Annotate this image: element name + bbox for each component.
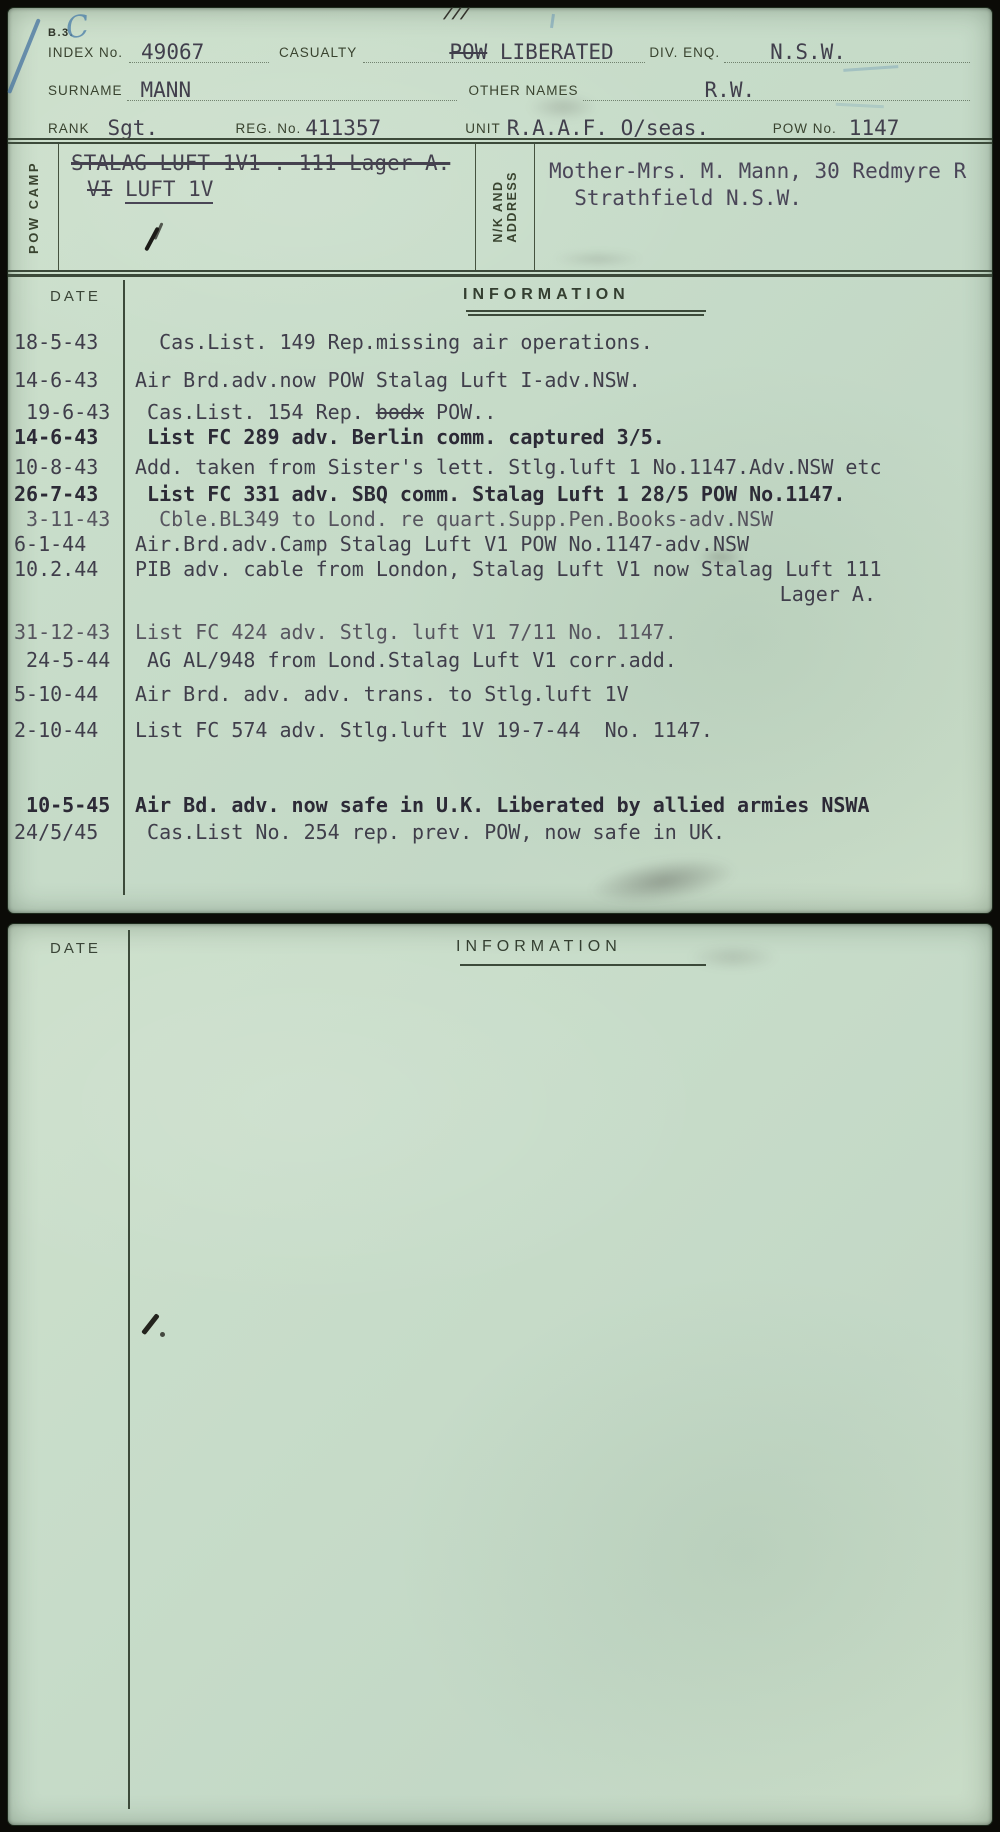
row-text: List FC 424 adv. Stlg. luft V1 7/11 No. …	[127, 620, 982, 645]
reg-no-value: 411357	[305, 116, 381, 140]
row-text: Air Bd. adv. now safe in U.K. Liberated …	[127, 793, 982, 818]
rule	[8, 138, 992, 140]
rule	[8, 274, 992, 277]
row-text: Cas.List No. 254 rep. prev. POW, now saf…	[127, 820, 982, 845]
rank-label: RANK	[48, 121, 90, 139]
row-text: AG AL/948 from Lond.Stalag Luft V1 corr.…	[127, 648, 982, 673]
column-divider	[128, 930, 130, 1809]
row-date	[8, 582, 127, 607]
nk-address-value: Mother-Mrs. M. Mann, 30 Redmyre R Strath…	[535, 144, 992, 270]
reg-no-label: REG. No.	[236, 121, 302, 139]
div-enq-field: N.S.W.	[724, 38, 970, 63]
unit-field: R.A.A.F. O/seas.	[503, 114, 765, 139]
row-text: List FC 289 adv. Berlin comm. captured 3…	[127, 425, 982, 450]
camp-entry-current: VI LUFT 1V	[71, 176, 475, 202]
row-date: 3-11-43	[8, 507, 127, 532]
blue-pen-slash-mark	[7, 18, 40, 93]
row-text: Air Brd.adv.now POW Stalag Luft I-adv.NS…	[127, 368, 982, 393]
table-row: 18-5-43 Cas.List. 149 Rep.missing air op…	[8, 330, 982, 355]
rank-value: Sgt.	[108, 116, 159, 140]
header-underline	[460, 964, 706, 966]
row-date: 10-5-45	[8, 793, 127, 818]
row-date: 18-5-43	[8, 330, 127, 355]
nk-address-label: N/K AND ADDRESS	[491, 171, 519, 243]
rank-field: Sgt.	[94, 114, 226, 139]
blue-pen-tick	[550, 14, 554, 28]
index-no-value: 49067	[141, 40, 204, 64]
header-row-surname: SURNAME MANN OTHER NAMES R.W.	[48, 76, 970, 101]
table-row: 6-1-44Air.Brd.adv.Camp Stalag Luft V1 PO…	[8, 532, 982, 557]
pow-record-card: B.3. C /// INDEX No. 49067 CASUALTY POW …	[7, 7, 993, 914]
row-date: 26-7-43	[8, 482, 127, 507]
row-date: 10.2.44	[8, 557, 127, 582]
information-column-header: INFORMATION	[456, 938, 622, 956]
row-text: Lager A.	[127, 582, 982, 607]
surname-value: MANN	[141, 78, 192, 102]
header-underline	[468, 314, 704, 316]
row-date: 5-10-44	[8, 682, 127, 707]
table-row: 10-5-45Air Bd. adv. now safe in U.K. Lib…	[8, 793, 982, 818]
row-date: 2-10-44	[8, 718, 127, 743]
table-row: 31-12-43List FC 424 adv. Stlg. luft V1 7…	[8, 620, 982, 645]
row-text: Cas.List. 154 Rep. bodx POW..	[127, 400, 982, 425]
table-row: Lager A.	[8, 582, 982, 607]
row-text: List FC 574 adv. Stlg.luft 1V 19-7-44 No…	[127, 718, 982, 743]
header-underline	[466, 310, 706, 312]
ink-stroke-mark	[141, 1313, 159, 1335]
nk-address-label-cell: N/K AND ADDRESS	[475, 144, 535, 270]
information-column-header: INFORMATION	[463, 286, 630, 304]
date-column-header: DATE	[50, 940, 101, 957]
table-row: 2-10-44List FC 574 adv. Stlg.luft 1V 19-…	[8, 718, 982, 743]
pen-tally-marks: ///	[440, 6, 475, 24]
address-line: Mother-Mrs. M. Mann, 30 Redmyre R	[549, 158, 992, 185]
casualty-label: CASUALTY	[279, 45, 357, 63]
casualty-value: POW LIBERATED	[449, 40, 613, 64]
row-date: 14-6-43	[8, 368, 127, 393]
other-names-field: R.W.	[583, 76, 970, 101]
row-date: 19-6-43	[8, 400, 127, 425]
table-row: 14-6-43Air Brd.adv.now POW Stalag Luft I…	[8, 368, 982, 393]
pow-camp-section: POW CAMP STALAG LUFT 1V1 . 111 Lager A. …	[8, 144, 992, 270]
reg-no-field: 411357	[303, 114, 451, 139]
div-enq-label: DIV. ENQ.	[649, 45, 720, 63]
header-row-rank: RANK Sgt. REG. No. 411357 UNIT R.A.A.F. …	[48, 114, 970, 139]
pow-camp-label-cell: POW CAMP	[8, 144, 59, 270]
surname-field: MANN	[127, 76, 457, 101]
rule	[8, 270, 992, 272]
other-names-value: R.W.	[705, 78, 756, 102]
row-text: PIB adv. cable from London, Stalag Luft …	[127, 557, 982, 582]
row-date: 14-6-43	[8, 425, 127, 450]
row-text: Cble.BL349 to Lond. re quart.Supp.Pen.Bo…	[127, 507, 982, 532]
table-row: 10-8-43Add. taken from Sister's lett. St…	[8, 455, 982, 480]
ink-smudge	[586, 850, 740, 912]
index-no-field: 49067	[129, 38, 269, 63]
unit-value: R.A.A.F. O/seas.	[507, 116, 709, 140]
row-text: Cas.List. 149 Rep.missing air operations…	[127, 330, 982, 355]
div-enq-value: N.S.W.	[770, 40, 846, 64]
camp-entry-struck: STALAG LUFT 1V1 . 111 Lager A.	[71, 150, 475, 176]
table-row: 26-7-43 List FC 331 adv. SBQ comm. Stala…	[8, 482, 982, 507]
date-column-header: DATE	[50, 288, 101, 305]
table-row: 19-6-43 Cas.List. 154 Rep. bodx POW..	[8, 400, 982, 425]
pow-camp-label: POW CAMP	[26, 161, 41, 254]
pow-no-value: 1147	[849, 116, 900, 140]
unit-label: UNIT	[465, 121, 501, 139]
header-row-index: INDEX No. 49067 CASUALTY POW LIBERATED D…	[48, 38, 970, 63]
row-date: 10-8-43	[8, 455, 127, 480]
row-date: 24-5-44	[8, 648, 127, 673]
table-row: 24/5/45 Cas.List No. 254 rep. prev. POW,…	[8, 820, 982, 845]
table-row: 3-11-43 Cble.BL349 to Lond. re quart.Sup…	[8, 507, 982, 532]
row-date: 6-1-44	[8, 532, 127, 557]
other-names-label: OTHER NAMES	[469, 83, 579, 101]
index-no-label: INDEX No.	[48, 45, 123, 63]
table-row: 5-10-44Air Brd. adv. adv. trans. to Stlg…	[8, 682, 982, 707]
pow-no-label: POW No.	[773, 121, 837, 139]
ink-smudge	[688, 944, 778, 970]
row-date: 24/5/45	[8, 820, 127, 845]
address-line: Strathfield N.S.W.	[549, 185, 992, 212]
blank-continuation-card: DATE INFORMATION	[7, 923, 993, 1826]
ink-dot-mark	[160, 1332, 165, 1337]
casualty-field: POW LIBERATED	[363, 38, 645, 63]
row-text: Air Brd. adv. adv. trans. to Stlg.luft 1…	[127, 682, 982, 707]
row-text: Add. taken from Sister's lett. Stlg.luft…	[127, 455, 982, 480]
pow-no-field: 1147	[841, 114, 970, 139]
row-date: 31-12-43	[8, 620, 127, 645]
surname-label: SURNAME	[48, 83, 123, 101]
table-row: 14-6-43 List FC 289 adv. Berlin comm. ca…	[8, 425, 982, 450]
info-rows: 18-5-43 Cas.List. 149 Rep.missing air op…	[8, 320, 982, 845]
table-row: 10.2.44PIB adv. cable from London, Stala…	[8, 557, 982, 582]
row-text: Air.Brd.adv.Camp Stalag Luft V1 POW No.1…	[127, 532, 982, 557]
pow-camp-entries: STALAG LUFT 1V1 . 111 Lager A. VI LUFT 1…	[59, 144, 475, 270]
table-row: 24-5-44 AG AL/948 from Lond.Stalag Luft …	[8, 648, 982, 673]
row-text: List FC 331 adv. SBQ comm. Stalag Luft 1…	[127, 482, 982, 507]
